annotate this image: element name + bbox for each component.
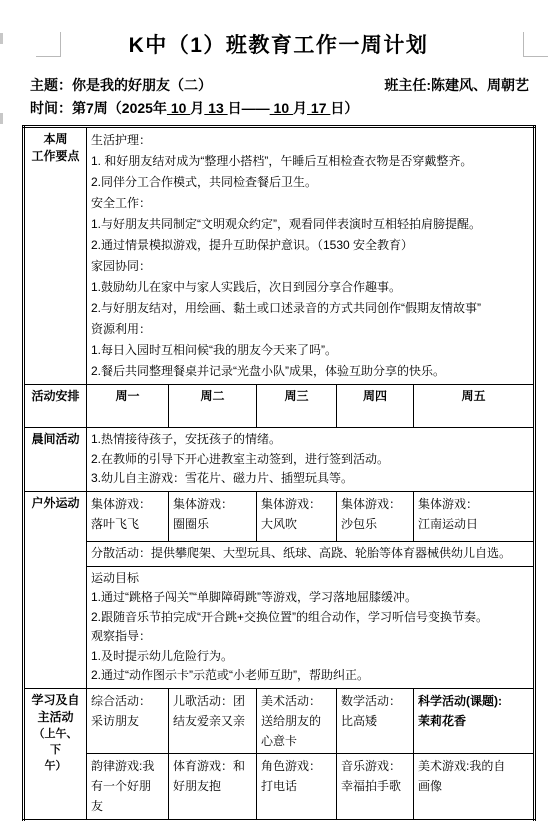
sport-target-cell: 运动目标 1.通过“跳格子闯关”“单脚障碍跳”等游戏，学习落地屈膝缓冲。 2.跟…: [87, 566, 535, 688]
text-line: 1.与好朋友共同制定“文明观众约定”，观看同伴表演时互相轻拍肩膀提醒。: [91, 214, 529, 235]
learning-am-friday: 科学活动(课题): 茉莉花香: [414, 688, 535, 753]
time-sep3: 月: [293, 100, 307, 116]
label-line: 学习及自: [29, 691, 82, 708]
text-line: 1.热情接待孩子，安抚孩子的情绪。: [91, 430, 529, 450]
row-label-schedule: 活动安排: [24, 385, 87, 428]
text-line: 生活护理：: [91, 130, 529, 151]
text-line: 观察指导：: [91, 627, 529, 647]
time-suffix: 日）: [330, 100, 358, 116]
time-label: 时间：第7周（2025年 10 月 13 日—— 10 月 17 日）: [0, 97, 557, 120]
text-line: 安全工作：: [91, 193, 529, 214]
label-line: 主活动: [29, 708, 82, 725]
teachers-label: 班主任:陈建风、周朝艺: [384, 74, 529, 97]
day-header-monday: 周一: [87, 385, 169, 428]
text-line: 1.及时提示幼儿危险行为。: [91, 647, 529, 667]
label-line: 午）: [29, 757, 82, 773]
text-line: 3.幼儿自主游戏：雪花片、磁力片、插塑玩具等。: [91, 469, 529, 489]
row-label-morning: 晨间活动: [24, 428, 87, 492]
text-line: 家园协同：: [91, 256, 529, 277]
learning-pm-thursday: 音乐游戏： 幸福拍手歌: [337, 753, 414, 820]
day-header-friday: 周五: [414, 385, 535, 428]
row-label-outdoor: 户外运动: [24, 491, 87, 688]
meta-row: 主题：你是我的好朋友（二） 班主任:陈建风、周朝艺: [0, 74, 557, 97]
text-line: 资源利用：: [91, 319, 529, 340]
text-line: 1.每日入园时互相问候“我的朋友今天来了吗”。: [91, 340, 529, 361]
group-game-tuesday: 集体游戏： 圈圈乐: [169, 491, 257, 541]
text-line: 2.餐后共同整理餐桌并记录“光盘小队”成果，体验互助分享的快乐。: [91, 361, 529, 382]
learning-pm-friday: 美术游戏:我的自 画像: [414, 753, 535, 820]
time-sep2: 日——: [228, 100, 270, 116]
morning-cell: 1.热情接待孩子，安抚孩子的情绪。 2.在教师的引导下开心进教室主动签到，进行签…: [87, 428, 535, 492]
day-header-wednesday: 周三: [257, 385, 337, 428]
crop-mark-top-right-icon: [523, 32, 548, 57]
row-label-learning: 学习及自 主活动 （上午、下 午）: [24, 688, 87, 820]
group-game-monday: 集体游戏： 落叶飞飞: [87, 491, 169, 541]
time-day1: 13: [204, 100, 227, 116]
row-label-week-points: 本周 工作要点: [24, 127, 87, 385]
weekly-plan-table: 本周 工作要点 生活护理： 1. 和好朋友结对成为“整理小搭档”，午睡后互相检查…: [22, 125, 536, 821]
text-line: 2.同伴分工合作模式，共同检查餐后卫生。: [91, 172, 529, 193]
group-game-thursday: 集体游戏： 沙包乐: [337, 491, 414, 541]
text-line: 2.在教师的引导下开心进教室主动签到，进行签到活动。: [91, 450, 529, 470]
page-edge-mark: [0, 113, 3, 124]
time-sep1: 月: [190, 100, 204, 116]
text-line: 1.鼓励幼儿在家中与家人实践后，次日到园分享合作趣事。: [91, 277, 529, 298]
document-page: K中（1）班教育工作一周计划 主题：你是我的好朋友（二） 班主任:陈建风、周朝艺…: [0, 0, 557, 821]
scatter-activity-cell: 分散活动：提供攀爬架、大型玩具、纸球、高跷、轮胎等体育器械供幼儿自选。: [87, 541, 535, 566]
learning-am-thursday: 数学活动： 比高矮: [337, 688, 414, 753]
text-line: 1. 和好朋友结对成为“整理小搭档”，午睡后互相检查衣物是否穿戴整齐。: [91, 151, 529, 172]
text-line: 2.跟随音乐节拍完成“开合跳+交换位置”的组合动作，学习听信号变换节奏。: [91, 608, 529, 628]
text-line: 2.通过情景模拟游戏，提升互助保护意识。（1530 安全教育）: [91, 235, 529, 256]
week-points-cell: 生活护理： 1. 和好朋友结对成为“整理小搭档”，午睡后互相检查衣物是否穿戴整齐…: [87, 127, 535, 385]
label-line: （上午、下: [29, 725, 82, 757]
group-game-wednesday: 集体游戏： 大风吹: [257, 491, 337, 541]
page-edge-mark: [0, 33, 3, 44]
learning-am-wednesday: 美术活动： 送给朋友的 心意卡: [257, 688, 337, 753]
page-title: K中（1）班教育工作一周计划: [0, 0, 557, 62]
text-line: 2.通过“动作图示卡”示范或“小老师互助”，帮助纠正。: [91, 666, 529, 686]
time-prefix: 时间：第7周（2025年: [30, 100, 167, 116]
text-line: 1.通过“跳格子闯关”“单脚障碍跳”等游戏，学习落地屈膝缓冲。: [91, 588, 529, 608]
group-game-friday: 集体游戏： 江南运动日: [414, 491, 535, 541]
time-month2: 10: [270, 100, 293, 116]
label-line: 工作要点: [29, 147, 82, 164]
label-line: 本周: [29, 130, 82, 147]
learning-pm-wednesday: 角色游戏： 打电话: [257, 753, 337, 820]
time-day2: 17: [307, 100, 330, 116]
day-header-thursday: 周四: [337, 385, 414, 428]
learning-am-monday: 综合活动： 采访朋友: [87, 688, 169, 753]
learning-pm-monday: 韵律游戏:我 有一个好朋 友: [87, 753, 169, 820]
text-line: 2.与好朋友结对，用绘画、黏土或口述录音的方式共同创作“假期友情故事”: [91, 298, 529, 319]
text-line: 运动目标: [91, 569, 529, 589]
learning-am-tuesday: 儿歌活动：团 结友爱亲又亲: [169, 688, 257, 753]
time-month1: 10: [167, 100, 190, 116]
theme-label: 主题：你是我的好朋友（二）: [30, 74, 212, 97]
learning-pm-tuesday: 体育游戏：和 好朋友抱: [169, 753, 257, 820]
crop-mark-top-left-icon: [36, 32, 61, 57]
day-header-tuesday: 周二: [169, 385, 257, 428]
